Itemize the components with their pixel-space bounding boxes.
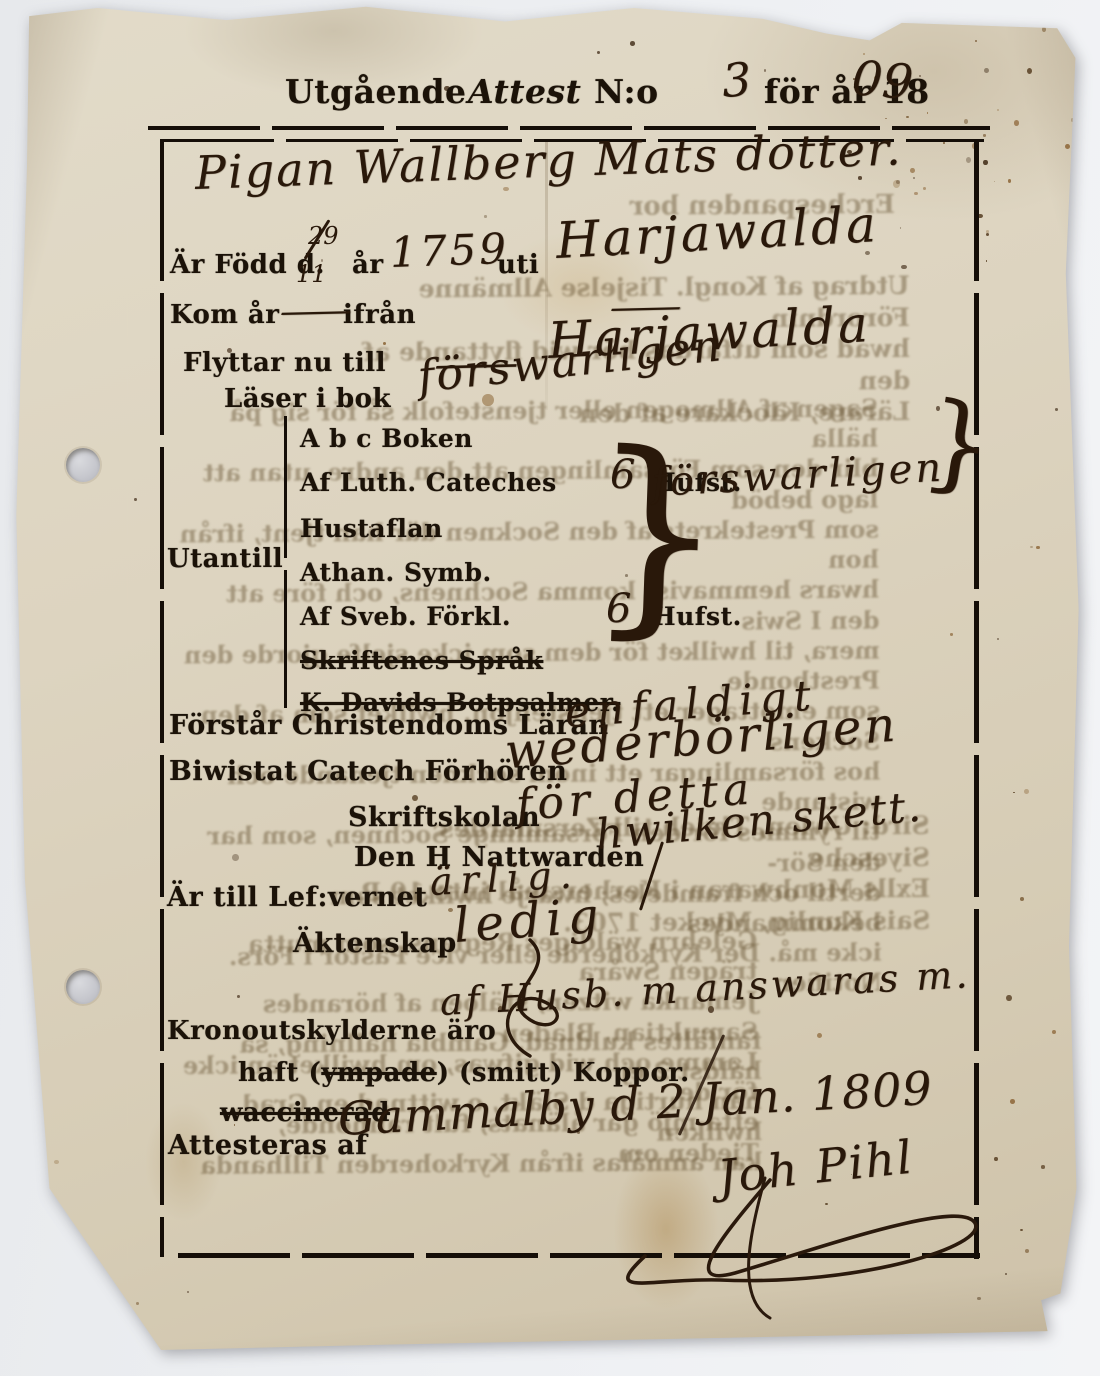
aktenskap-label: Äktenskap bbox=[293, 928, 457, 959]
header-word-utgaende: Utgående bbox=[285, 72, 467, 111]
header-no-value-handwritten: 3 bbox=[720, 52, 753, 108]
header-no-label: N:o bbox=[594, 72, 659, 111]
person-name-handwritten: Pigan Wallberg Mats dotter. bbox=[194, 121, 903, 200]
koppor-pre: haft ( bbox=[238, 1058, 321, 1088]
utantill-item-abc: A b c Boken bbox=[300, 424, 473, 453]
koppor-struck-word: ympade bbox=[321, 1058, 436, 1088]
kom-label: Kom år bbox=[170, 300, 279, 330]
born-year-handwritten: 1759 bbox=[389, 224, 510, 277]
born-day-denominator: 11 bbox=[296, 264, 327, 284]
border-right bbox=[974, 139, 979, 1259]
header-year-value-handwritten: 09 bbox=[850, 50, 916, 111]
utantill-item-sveb: Af Sveb. Förkl. bbox=[300, 602, 511, 631]
utantill-item-skriftenes-struck: Skriftenes Språk bbox=[300, 646, 543, 675]
skriftskolan-label: Skriftskolan bbox=[348, 802, 540, 833]
header-word-attest: Attest bbox=[468, 72, 581, 111]
scanned-document-photo: Erchespanden bor Utdrag af Kongl. Tisjel… bbox=[0, 0, 1100, 1376]
border-left bbox=[160, 139, 164, 1257]
signature-flourish bbox=[560, 1178, 990, 1328]
flyttar-label: Flyttar nu till bbox=[183, 348, 386, 378]
lefvernet-label: Är till Lef:vernet bbox=[167, 882, 427, 913]
born-day-handwritten: 29 11 bbox=[300, 228, 331, 269]
utantill-item-hustaflan: Hustaflan bbox=[300, 514, 443, 543]
utantill-brace-handwritten: } bbox=[583, 386, 730, 681]
document-content: Erchespanden bor Utdrag af Kongl. Tisjel… bbox=[0, 0, 1100, 1376]
utantill-label: Utantill bbox=[167, 544, 283, 574]
utantill-item-athan: Athan. Symb. bbox=[300, 558, 492, 587]
utantill-brace-small-handwritten: } bbox=[917, 379, 1002, 508]
utantill-item-cateches: Af Luth. Cateches bbox=[300, 468, 557, 497]
attest-label: Attesteras af bbox=[168, 1130, 367, 1161]
utantill-bracket-line bbox=[284, 416, 287, 708]
kom-dash-handwritten: — bbox=[276, 290, 355, 332]
laeser-label: Läser i bok bbox=[224, 384, 391, 414]
born-year-label: år bbox=[352, 250, 384, 280]
